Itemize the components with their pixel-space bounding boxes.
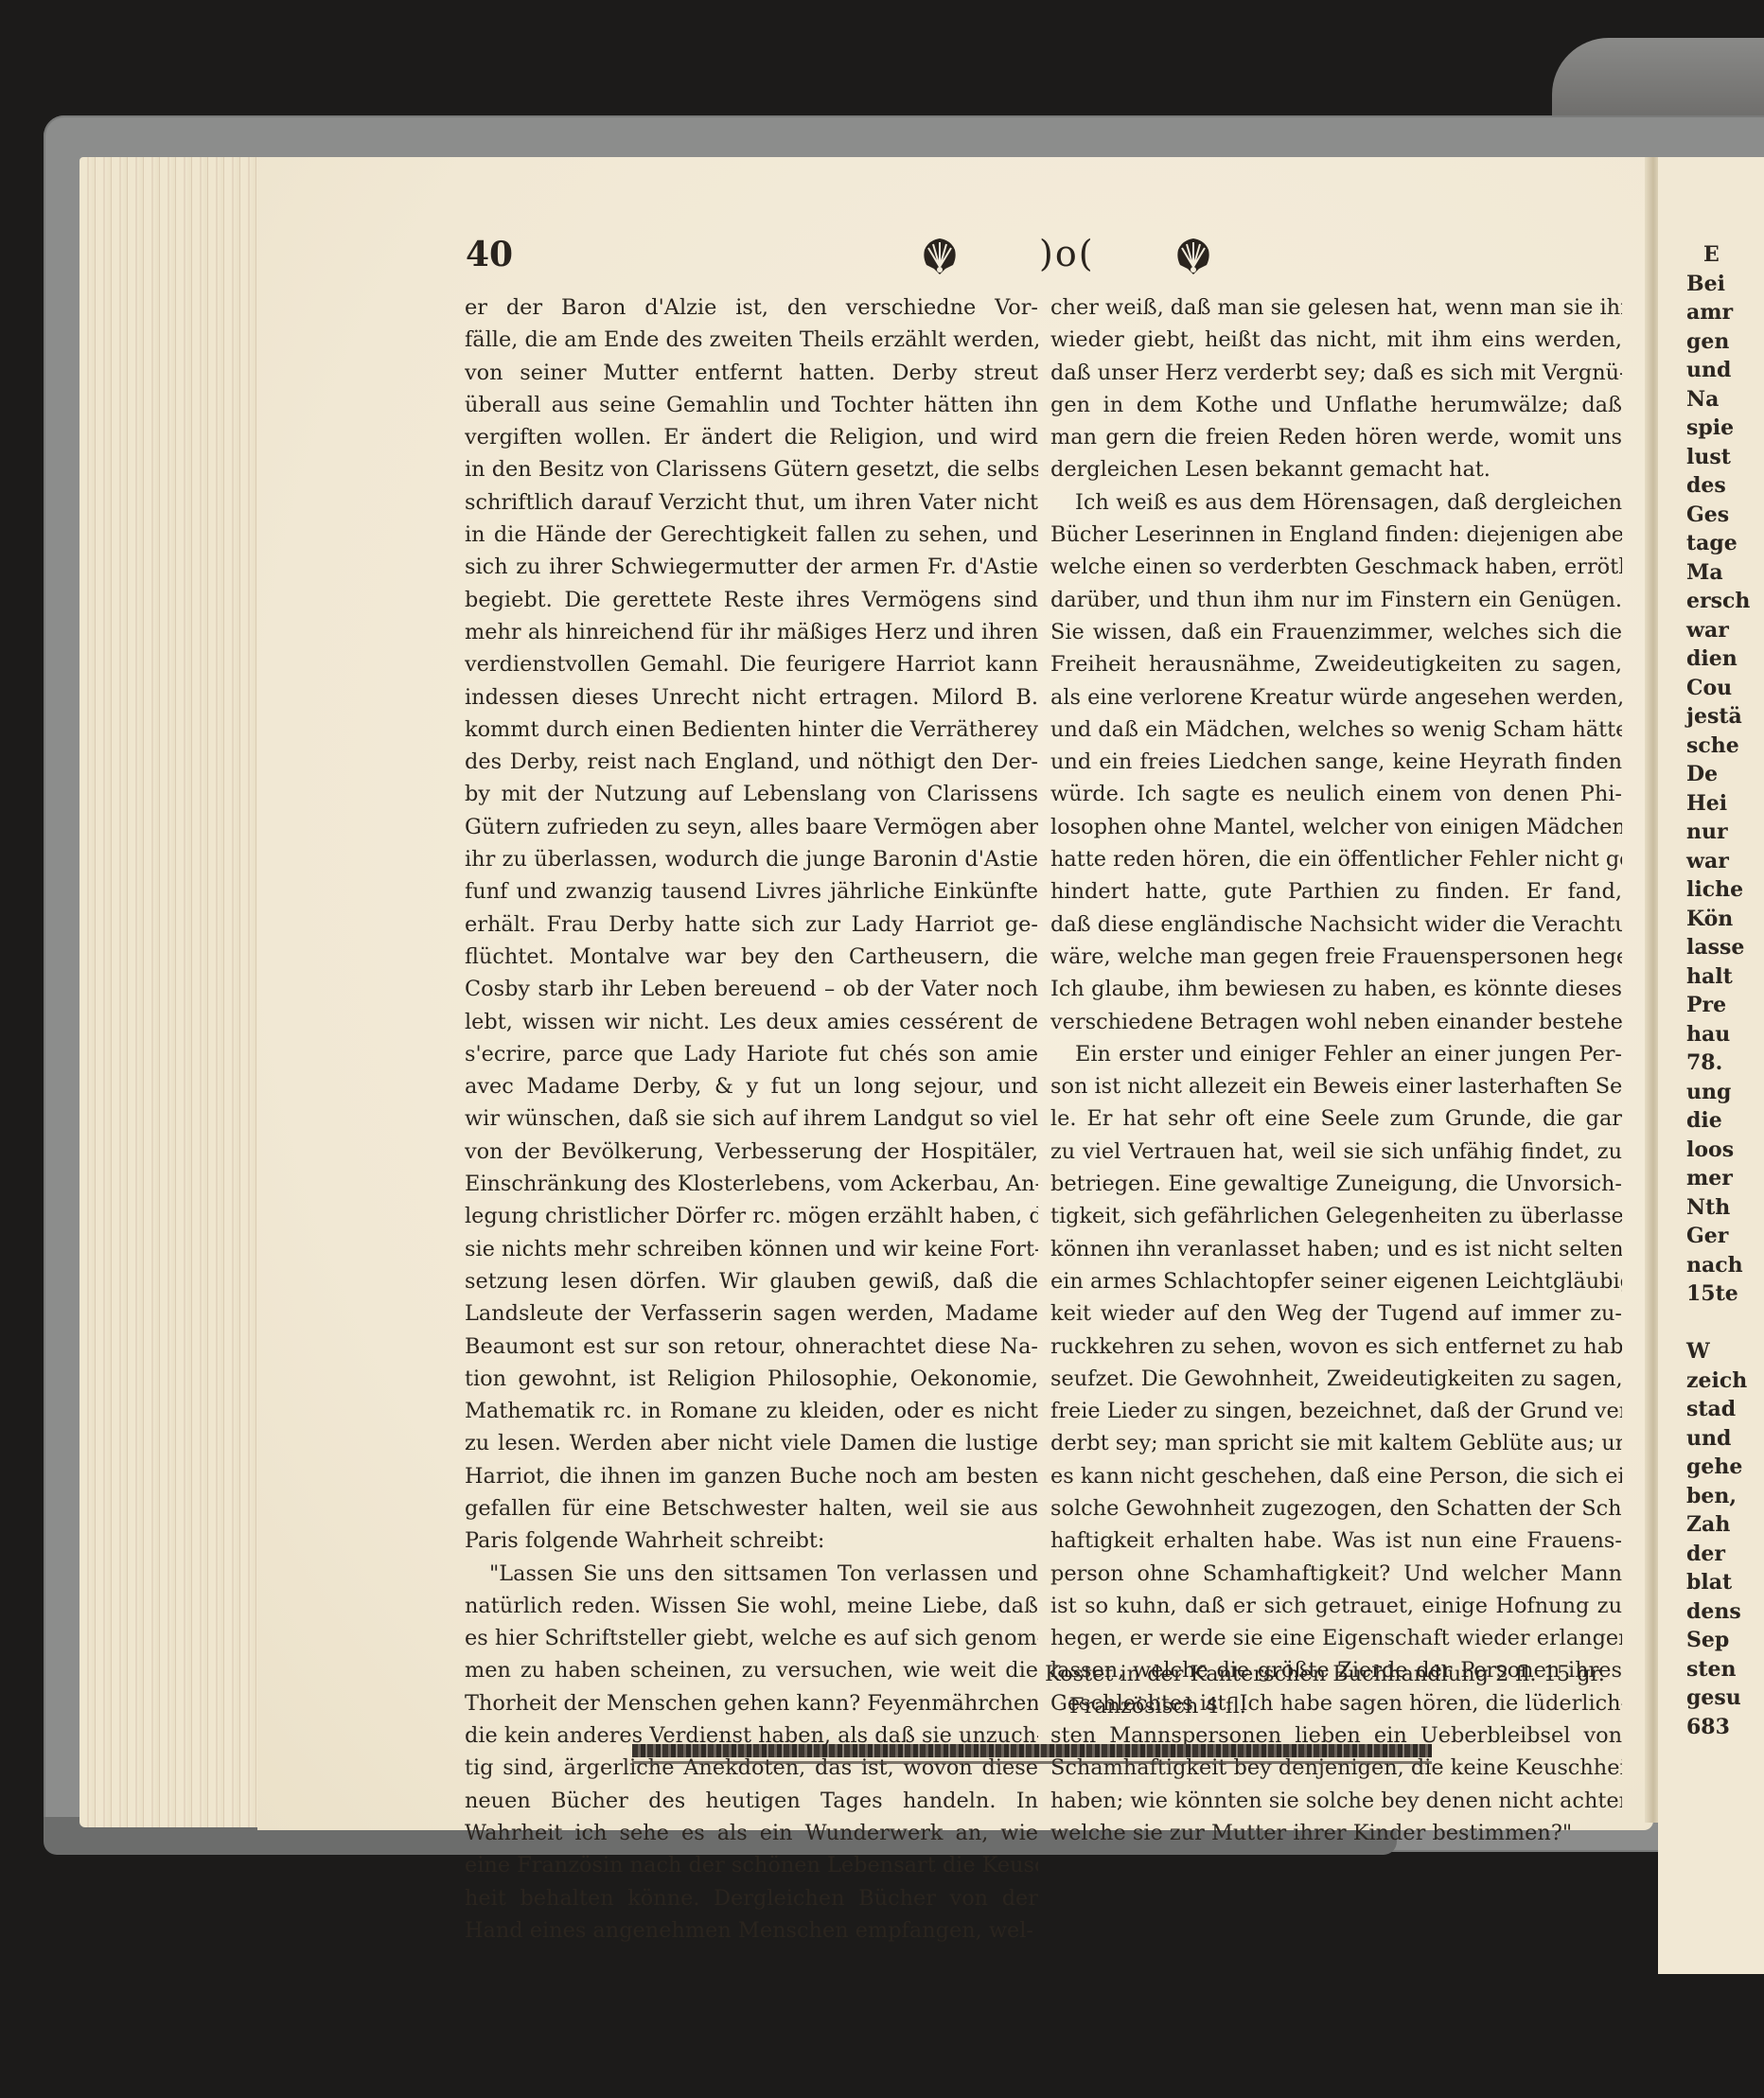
recto-fragment-line: Ges (1686, 501, 1750, 530)
text-line: Ich weiß es aus dem Hörensagen, daß derg… (1050, 486, 1622, 519)
text-line: in die Hände der Gerechtigkeit fallen zu… (465, 519, 1038, 551)
text-line: schriftlich darauf Verzicht thut, um ihr… (465, 486, 1038, 519)
recto-fragment-line: und (1686, 1424, 1750, 1454)
recto-fragment-line: sche (1686, 732, 1750, 761)
recto-fragment-line: gesu (1686, 1684, 1750, 1713)
text-line: hatte reden hören, die ein öffentlicher … (1050, 843, 1622, 875)
text-line: es hier Schriftsteller giebt, welche es … (465, 1622, 1038, 1654)
text-line: Harriot, die ihnen im ganzen Buche noch … (465, 1460, 1038, 1492)
recto-fragment-line: tage (1686, 529, 1750, 558)
text-line: fälle, die am Ende des zweiten Theils er… (465, 324, 1038, 356)
text-line: und ein freies Liedchen sange, keine Hey… (1050, 746, 1622, 778)
text-line: eine Französin nach der schönen Lebensar… (465, 1849, 1038, 1881)
text-line: sich zu ihrer Schwiegermutter der armen … (465, 551, 1038, 583)
page-number: 40 (466, 235, 513, 274)
text-line: verdienstvollen Gemahl. Die feurigere Ha… (465, 648, 1038, 680)
recto-fragment-line: 683 (1686, 1713, 1750, 1742)
recto-fragment-line: De (1686, 760, 1750, 789)
text-line: men zu haben scheinen, zu versuchen, wie… (465, 1654, 1038, 1686)
text-line: Bücher Leserinnen in England finden: die… (1050, 519, 1622, 551)
text-line: Sie wissen, daß ein Frauenzimmer, welche… (1050, 616, 1622, 648)
text-line: vergiften wollen. Er ändert die Religion… (465, 421, 1038, 453)
recto-fragment-line: Nth (1686, 1193, 1750, 1223)
recto-fragment-line: Sep (1686, 1626, 1750, 1655)
shell-ornament-icon (1172, 235, 1215, 278)
recto-fragment-line: nach (1686, 1251, 1750, 1280)
text-line: darüber, und thun ihm nur im Finstern ei… (1050, 584, 1622, 616)
text-line: seufzet. Die Gewohnheit, Zweideutigkeite… (1050, 1363, 1622, 1395)
text-line: Freiheit herausnähme, Zweideutigkeiten z… (1050, 648, 1622, 680)
page-edges-stack (79, 157, 269, 1827)
text-line: es kann nicht geschehen, daß eine Person… (1050, 1460, 1622, 1492)
text-line: er der Baron d'Alzie ist, den verschiedn… (465, 291, 1038, 324)
recto-fragment-line: mer (1686, 1164, 1750, 1193)
text-line: erhält. Frau Derby hatte sich zur Lady H… (465, 908, 1038, 941)
recto-fragment-line: ung (1686, 1078, 1750, 1107)
text-line: daß unser Herz verderbt sey; daß es sich… (1050, 357, 1622, 389)
text-line: avec Madame Derby, & y fut un long sejou… (465, 1070, 1038, 1102)
recto-fragment-line: gehe (1686, 1453, 1750, 1482)
recto-fragment-line: amr (1686, 298, 1750, 327)
recto-fragment-line: 15te (1686, 1279, 1750, 1309)
text-line: solche Gewohnheit zugezogen, den Schatte… (1050, 1492, 1622, 1525)
price-line-2: Französisch 4 fl. (1045, 1690, 1632, 1722)
text-line: mehr als hinreichend für ihr mäßiges Her… (465, 616, 1038, 648)
recto-fragment-line: dens (1686, 1597, 1750, 1627)
text-line: Gütern zufrieden zu seyn, alles baare Ve… (465, 811, 1038, 843)
text-line: tion gewohnt, ist Religion Philosophie, … (465, 1363, 1038, 1395)
text-line: natürlich reden. Wissen Sie wohl, meine … (465, 1590, 1038, 1622)
recto-fragment-line: E (1686, 240, 1750, 270)
recto-fragment-line: liche (1686, 875, 1750, 905)
recto-fragment-line: Pre (1686, 991, 1750, 1020)
text-line: daß diese engländische Nachsicht wider d… (1050, 908, 1622, 941)
recto-fragment-line: Zah (1686, 1510, 1750, 1540)
text-line: ruckkehren zu sehen, wovon es sich entfe… (1050, 1331, 1622, 1363)
recto-fragment-line: die (1686, 1106, 1750, 1136)
text-line: begiebt. Die gerettete Reste ihres Vermö… (465, 584, 1038, 616)
recto-fragment-line: Cou (1686, 674, 1750, 703)
text-line: ein armes Schlachtopfer seiner eigenen L… (1050, 1265, 1622, 1297)
text-line: keit wieder auf den Weg der Tugend auf i… (1050, 1297, 1622, 1330)
text-line: Thorheit der Menschen gehen kann? Feyenm… (465, 1687, 1038, 1719)
text-line: ihr zu überlassen, wodurch die junge Bar… (465, 843, 1038, 875)
recto-fragment-line: Kön (1686, 905, 1750, 934)
text-line: sie nichts mehr schreiben können und wir… (465, 1233, 1038, 1265)
recto-fragment-line: der (1686, 1540, 1750, 1569)
recto-fragment-line: gen (1686, 327, 1750, 357)
text-line: dergleichen Lesen bekannt gemacht hat. (1050, 453, 1622, 485)
recto-fragment-line: Bei (1686, 270, 1750, 299)
text-line: kommt durch einen Bedienten hinter die V… (465, 714, 1038, 746)
recto-fragment-line: lust (1686, 443, 1750, 472)
recto-fragment-line: hau (1686, 1020, 1750, 1049)
text-line: Landsleute der Verfasserin sagen werden,… (465, 1297, 1038, 1330)
text-line: würde. Ich sagte es neulich einem von de… (1050, 778, 1622, 810)
text-line: funf und zwanzig tausend Livres jährlich… (465, 875, 1038, 908)
recto-fragment-line: und (1686, 356, 1750, 385)
recto-fragment-line: ben, (1686, 1482, 1750, 1511)
text-line: cher weiß, daß man sie gelesen hat, wenn… (1050, 291, 1622, 324)
text-line: legung christlicher Dörfer rc. mögen erz… (465, 1200, 1038, 1232)
recto-fragment-line: Ger (1686, 1222, 1750, 1251)
text-line: haben; wie könnten sie solche bey denen … (1050, 1785, 1622, 1817)
text-line: wieder giebt, heißt das nicht, mit ihm e… (1050, 324, 1622, 356)
recto-fragment-text: EBeiamrgenundNaspielustdesGestageMaersch… (1686, 240, 1750, 1741)
text-line: Einschränkung des Klosterlebens, vom Ack… (465, 1168, 1038, 1200)
text-line: Beaumont est sur son retour, ohnerachtet… (465, 1331, 1038, 1363)
recto-fragment-line: stad (1686, 1395, 1750, 1424)
recto-fragment-line: Ma (1686, 558, 1750, 588)
recto-fragment-line: nur (1686, 818, 1750, 847)
text-line: Cosby starb ihr Leben bereuend – ob der … (465, 973, 1038, 1005)
text-line: setzung lesen dörfen. Wir glauben gewiß,… (465, 1265, 1038, 1297)
ornamental-rule-thin (632, 1761, 1432, 1764)
recto-fragment-line: loos (1686, 1136, 1750, 1165)
text-line: von seiner Mutter entfernt hatten. Derby… (465, 357, 1038, 389)
text-line: le. Er hat sehr oft eine Seele zum Grund… (1050, 1102, 1622, 1135)
text-line: verschiedene Betragen wohl neben einande… (1050, 1006, 1622, 1038)
text-line: "Lassen Sie uns den sittsamen Ton verlas… (465, 1558, 1038, 1590)
text-line: indessen dieses Unrecht nicht ertragen. … (465, 681, 1038, 714)
recto-fragment-line: war (1686, 616, 1750, 645)
recto-fragment-line: lasse (1686, 933, 1750, 962)
text-line: s'ecrire, parce que Lady Hariote fut ché… (465, 1038, 1038, 1070)
text-line: des Derby, reist nach England, und nöthi… (465, 746, 1038, 778)
text-line: person ohne Schamhaftigkeit? Und welcher… (1050, 1558, 1622, 1590)
text-line: tigkeit, sich gefährlichen Gelegenheiten… (1050, 1200, 1622, 1232)
price-note: Kostet in der Kanterschen Buchhandlung 2… (1045, 1658, 1632, 1722)
ornamental-rule (632, 1744, 1432, 1757)
recto-fragment-line: spie (1686, 414, 1750, 443)
text-line: zu lesen. Werden aber nicht viele Damen … (465, 1427, 1038, 1459)
recto-fragment-line: blat (1686, 1568, 1750, 1597)
text-line: by mit der Nutzung auf Lebenslang von Cl… (465, 778, 1038, 810)
page-header: 40 )o( (466, 235, 1630, 282)
text-line: und daß ein Mädchen, welches so wenig Sc… (1050, 714, 1622, 746)
text-line: Ich glaube, ihm bewiesen zu haben, es kö… (1050, 973, 1622, 1005)
text-line: welche sie zur Mutter ihrer Kinder besti… (1050, 1817, 1622, 1849)
text-line: Wahrheit ich sehe es als ein Wunderwerk … (465, 1817, 1038, 1849)
recto-fragment-line: W (1686, 1337, 1750, 1366)
text-column-right: cher weiß, daß man sie gelesen hat, wenn… (1050, 291, 1622, 1849)
running-head-ornament: )o( (1039, 233, 1095, 274)
recto-fragment-line: zeich (1686, 1366, 1750, 1396)
recto-fragment-line: jestä (1686, 702, 1750, 732)
text-line: hindert hatte, gute Parthien zu finden. … (1050, 875, 1622, 908)
book-page-recto-fragment: EBeiamrgenundNaspielustdesGestageMaersch… (1658, 157, 1764, 1974)
text-line: können ihn veranlasset haben; und es ist… (1050, 1233, 1622, 1265)
text-line: in den Besitz von Clarissens Gütern gese… (465, 453, 1038, 485)
text-line: hegen, er werde sie eine Eigenschaft wie… (1050, 1622, 1622, 1654)
text-line: von der Bevölkerung, Verbesserung der Ho… (465, 1136, 1038, 1168)
text-line: welche einen so verderbten Geschmack hab… (1050, 551, 1622, 583)
recto-fragment-line: Hei (1686, 789, 1750, 819)
recto-fragment-line: ersch (1686, 587, 1750, 616)
shell-ornament-icon (918, 235, 961, 278)
text-line: freie Lieder zu singen, bezeichnet, daß … (1050, 1395, 1622, 1427)
text-line: Paris folgende Wahrheit schreibt: (465, 1525, 1038, 1557)
text-line: heit behalten könne. Dergleichen Bücher … (465, 1882, 1038, 1914)
recto-fragment-line: halt (1686, 962, 1750, 992)
recto-fragment-line: dien (1686, 644, 1750, 674)
text-line: als eine verlorene Kreatur würde angeseh… (1050, 681, 1622, 714)
text-line: Mathematik rc. in Romane zu kleiden, ode… (465, 1395, 1038, 1427)
text-line: lebt, wissen wir nicht. Les deux amies c… (465, 1006, 1038, 1038)
text-line: wir wünschen, daß sie sich auf ihrem Lan… (465, 1102, 1038, 1135)
text-column-left: er der Baron d'Alzie ist, den verschiedn… (465, 291, 1038, 1947)
text-line: betriegen. Eine gewaltige Zuneigung, die… (1050, 1168, 1622, 1200)
text-line: wäre, welche man gegen freie Frauenspers… (1050, 941, 1622, 973)
text-line: zu viel Vertrauen hat, weil sie sich unf… (1050, 1136, 1622, 1168)
text-line: losophen ohne Mantel, welcher von einige… (1050, 811, 1622, 843)
text-line: überall aus seine Gemahlin und Tochter h… (465, 389, 1038, 421)
text-line: haftigkeit erhalten habe. Was ist nun ei… (1050, 1525, 1622, 1557)
text-line: son ist nicht allezeit ein Beweis einer … (1050, 1070, 1622, 1102)
recto-fragment-line: war (1686, 847, 1750, 876)
text-line: man gern die freien Reden hören werde, w… (1050, 421, 1622, 453)
text-line: ist so kuhn, daß er sich getrauet, einig… (1050, 1590, 1622, 1622)
recto-fragment-line (1686, 1309, 1750, 1338)
text-line: derbt sey; man spricht sie mit kaltem Ge… (1050, 1427, 1622, 1459)
text-line: Hand eines angenehmen Menschen empfangen… (465, 1914, 1038, 1947)
text-line: gefallen für eine Betschwester halten, w… (465, 1492, 1038, 1525)
recto-fragment-line: sten (1686, 1655, 1750, 1684)
text-line: flüchtet. Montalve war bey den Cartheuse… (465, 941, 1038, 973)
recto-fragment-line: Na (1686, 385, 1750, 414)
price-line-1: Kostet in der Kanterschen Buchhandlung 2… (1045, 1662, 1605, 1686)
text-line: Ein erster und einiger Fehler an einer j… (1050, 1038, 1622, 1070)
recto-fragment-line: 78. (1686, 1049, 1750, 1078)
text-line: neuen Bücher des heutigen Tages handeln.… (465, 1785, 1038, 1817)
text-line: gen in dem Kothe und Unflathe herumwälze… (1050, 389, 1622, 421)
recto-fragment-line: des (1686, 471, 1750, 501)
